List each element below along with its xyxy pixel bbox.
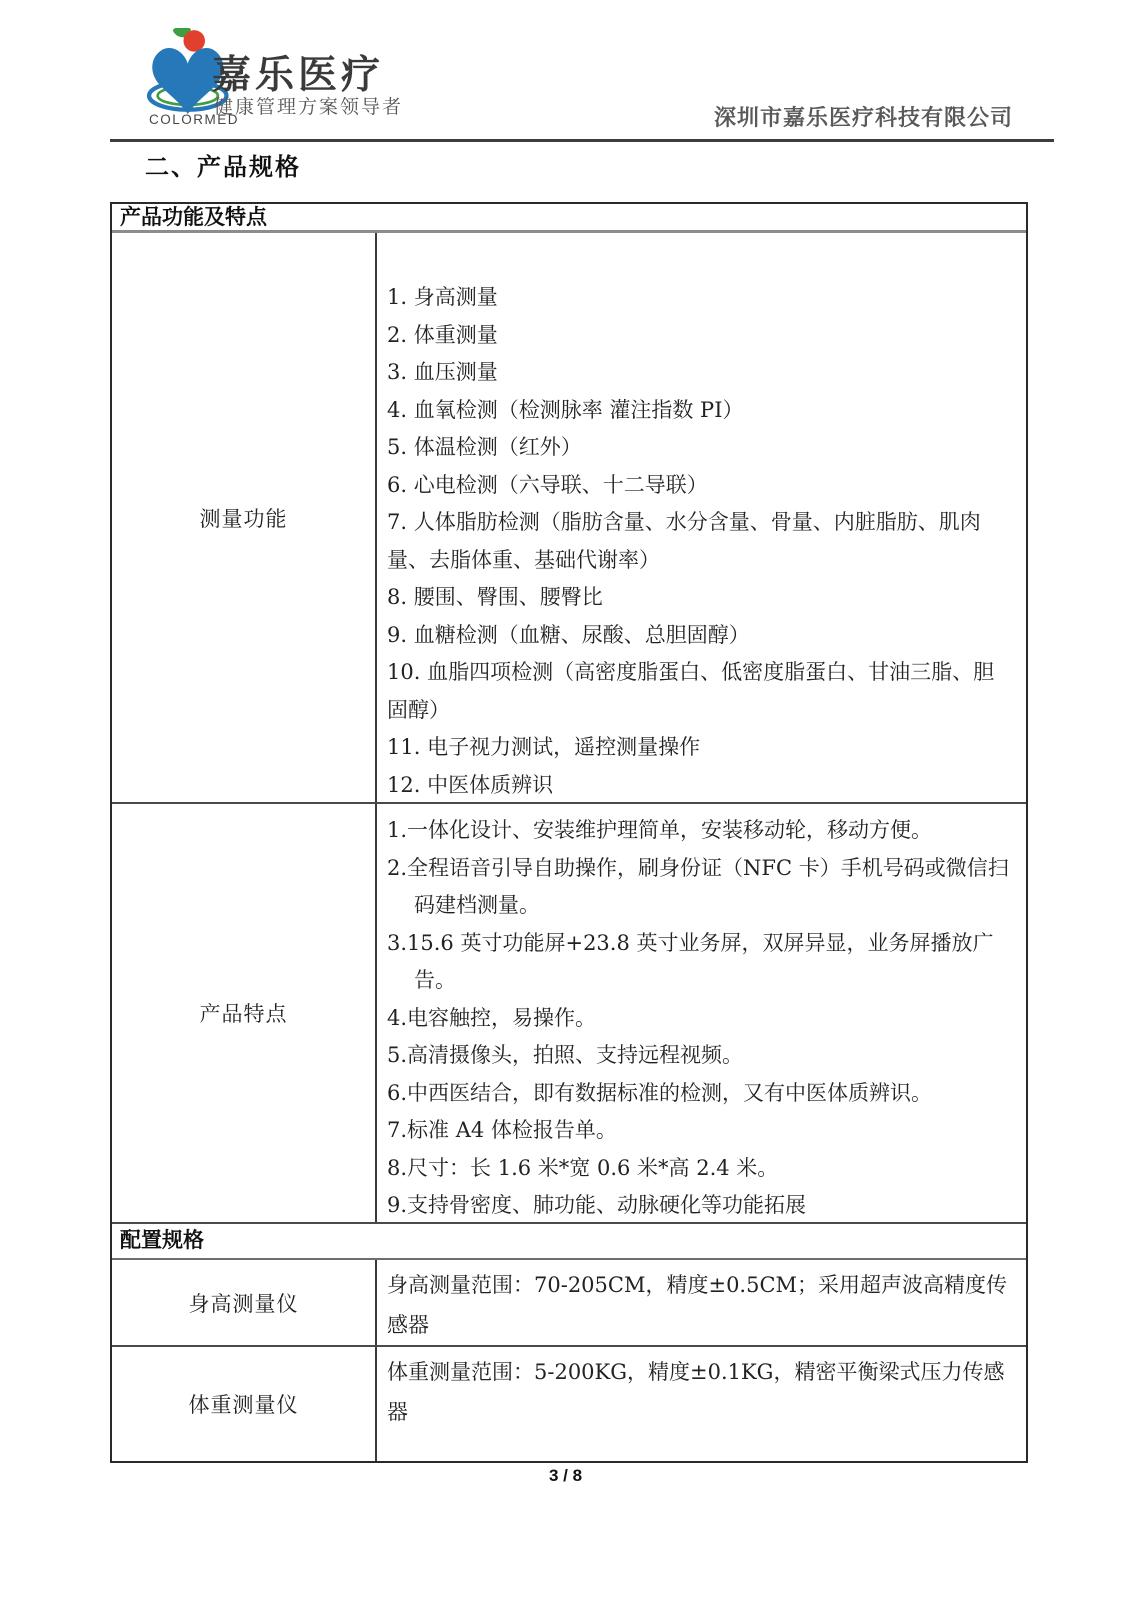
list-line: 5. 体温检测（红外） xyxy=(387,429,1014,467)
measure-label-cell: 测量功能 xyxy=(112,233,377,802)
table-row-measure-functions: 测量功能 1. 身高测量2. 体重测量3. 血压测量4. 血氧检测（检测脉率 灌… xyxy=(112,233,1026,804)
product-spec-table: 产品功能及特点 测量功能 1. 身高测量2. 体重测量3. 血压测量4. 血氧检… xyxy=(110,202,1028,1463)
list-line: 2.全程语音引导自助操作，刷身份证（NFC 卡）手机号码或微信扫码建档测量。 xyxy=(387,850,1014,925)
list-line: 4. 血氧检测（检测脉率 灌注指数 PI） xyxy=(387,392,1014,430)
table-row-product-features: 产品特点 1.一体化设计、安装维护理简单，安装移动轮，移动方便。2.全程语音引导… xyxy=(112,804,1026,1224)
list-line: 4.电容触控，易操作。 xyxy=(387,1000,1014,1038)
list-line: 5.高清摄像头，拍照、支持远程视频。 xyxy=(387,1037,1014,1075)
list-line: 8. 腰围、臀围、腰臀比 xyxy=(387,579,1014,617)
logo-slogan: 健康管理方案领导者 xyxy=(214,92,403,119)
list-line: 2. 体重测量 xyxy=(387,317,1014,355)
list-line: 12. 中医体质辨识 xyxy=(387,767,1014,805)
weight-meter-label: 体重测量仪 xyxy=(112,1347,377,1461)
height-meter-spec: 身高测量范围：70-205CM，精度±0.5CM；采用超声波高精度传感器 xyxy=(377,1260,1026,1345)
table-header-config: 配置规格 xyxy=(112,1224,1026,1260)
list-line: 9. 血糖检测（血糖、尿酸、总胆固醇） xyxy=(387,617,1014,655)
list-line: 7. 人体脂肪检测（脂肪含量、水分含量、骨量、内脏脂肪、肌肉量、去脂体重、基础代… xyxy=(387,504,1014,579)
list-line: 6. 心电检测（六导联、十二导联） xyxy=(387,467,1014,505)
list-line: 7.标准 A4 体检报告单。 xyxy=(387,1112,1014,1150)
document-page: COLORMED 嘉乐医疗 健康管理方案领导者 深圳市嘉乐医疗科技有限公司 二、… xyxy=(0,0,1131,1600)
list-line: 10. 血脂四项检测（高密度脂蛋白、低密度脂蛋白、甘油三脂、胆固醇） xyxy=(387,654,1014,729)
weight-meter-spec: 体重测量范围：5-200KG，精度±0.1KG，精密平衡梁式压力传感器 xyxy=(377,1347,1026,1461)
section-title: 二、产品规格 xyxy=(145,147,301,182)
table-header-features: 产品功能及特点 xyxy=(112,204,1026,233)
feature-items-cell: 1.一体化设计、安装维护理简单，安装移动轮，移动方便。2.全程语音引导自助操作，… xyxy=(377,804,1026,1222)
list-line: 3. 血压测量 xyxy=(387,354,1014,392)
header-divider xyxy=(110,139,1054,142)
feature-label-cell: 产品特点 xyxy=(112,804,377,1222)
list-line: 1. 身高测量 xyxy=(387,279,1014,317)
height-meter-label: 身高测量仪 xyxy=(112,1260,377,1345)
measure-items-cell: 1. 身高测量2. 体重测量3. 血压测量4. 血氧检测（检测脉率 灌注指数 P… xyxy=(377,233,1026,802)
list-line: 6.中西医结合，即有数据标准的检测，又有中医体质辨识。 xyxy=(387,1075,1014,1113)
list-line: 3.15.6 英寸功能屏+23.8 英寸业务屏，双屏异显，业务屏播放广告。 xyxy=(387,925,1014,1000)
list-line: 9.支持骨密度、肺功能、动脉硬化等功能拓展 xyxy=(387,1187,1014,1225)
company-name: 深圳市嘉乐医疗科技有限公司 xyxy=(714,101,1013,132)
page-number: 3 / 8 xyxy=(0,1466,1131,1486)
list-line: 8.尺寸：长 1.6 米*宽 0.6 米*高 2.4 米。 xyxy=(387,1150,1014,1188)
list-line: 1.一体化设计、安装维护理简单，安装移动轮，移动方便。 xyxy=(387,812,1014,850)
list-line: 11. 电子视力测试，遥控测量操作 xyxy=(387,729,1014,767)
table-row-weight-meter: 体重测量仪 体重测量范围：5-200KG，精度±0.1KG，精密平衡梁式压力传感… xyxy=(112,1347,1026,1461)
table-row-height-meter: 身高测量仪 身高测量范围：70-205CM，精度±0.5CM；采用超声波高精度传… xyxy=(112,1260,1026,1347)
